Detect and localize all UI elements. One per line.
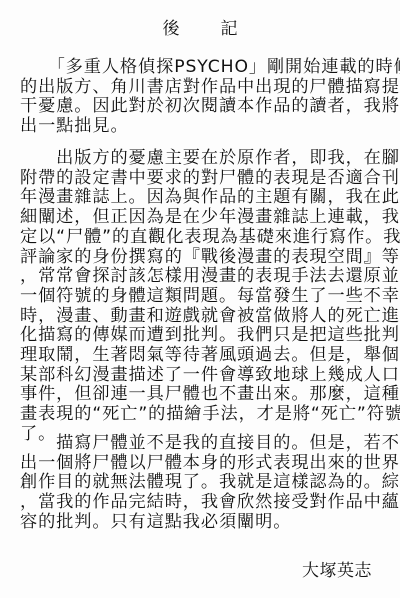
text-line: 出一個將尸體以尸體本身的形式表現出來的世界，我的 — [20, 454, 392, 474]
text-line: 創作目的就無法體現了。我就是這樣認為的。綜上所述 — [20, 473, 392, 493]
text-line: 細闡述，但正因為是在少年漫畫雜誌上連載，我才會決 — [20, 208, 392, 228]
text-line: 時，漫畫、動畫和遊戲就會被當做將人的死亡進行符號 — [20, 307, 392, 327]
text-line: 定以“尸體”的直觀化表現為基礎來進行寫作。我在以 — [20, 228, 392, 248]
text-line: 干憂慮。因此對於初次閱讀本作品的讀者，我將對此提 — [20, 97, 392, 117]
author-signature: 大塚英志 — [302, 556, 372, 581]
text-line: 事件，但卻連一具尸體也不畫出來。那麼，這種有關漫 — [20, 385, 392, 405]
text-line: 某部科幻漫畫描述了一件會導致地球上幾成人口死亡的 — [20, 366, 392, 386]
text-line: 容的批判。只有這點我必須闡明。 — [20, 513, 392, 533]
text-line: 年漫畫雜誌上。因為與作品的主題有關，我在此不做詳 — [20, 188, 392, 208]
text-line: 的出版方、角川書店對作品中出現的尸體描寫提出了若 — [20, 78, 392, 98]
text-line: 畫表現的“死亡”的描繪手法，才是將“死亡”符號化 — [20, 405, 392, 425]
text-line: 一個符號的身體這類問題。每當發生了一些不幸的事件 — [20, 287, 392, 307]
text-line: 出版方的憂慮主要在於原作者，即我，在腳本及其 — [20, 149, 392, 169]
paragraph-1: 「多重人格偵探PSYCHO」剛開始連載的時候，雜誌 的出版方、角川書店對作品中出… — [20, 58, 392, 137]
text-line: 理取鬧，生著悶氣等待著風頭過去。但是，舉個例子， — [20, 346, 392, 366]
paragraph-2: 出版方的憂慮主要在於原作者，即我，在腳本及其 附帶的設定書中要求的對尸體的表現是… — [20, 149, 392, 445]
page-title: 後 記 — [0, 14, 400, 39]
text-line: 化描寫的傳媒而遭到批判。我們只是把這些批判當做無 — [20, 326, 392, 346]
text-line: 評論家的身份撰寫的『戰後漫畫的表現空間』等著作中 — [20, 248, 392, 268]
paragraph-3: 描寫尸體並不是我的直接目的。但是，若不先構造 出一個將尸體以尸體本身的形式表現出… — [20, 434, 392, 533]
text-line: 出一點拙見。 — [20, 117, 392, 137]
text-line: ，常常會探討該怎樣用漫畫的表現手法去還原並非只是 — [20, 267, 392, 287]
text-line: ，當我的作品完結時，我會欣然接受對作品中蘊含的內 — [20, 493, 392, 513]
document-page: 後 記 「多重人格偵探PSYCHO」剛開始連載的時候，雜誌 的出版方、角川書店對… — [0, 0, 400, 598]
text-line: 描寫尸體並不是我的直接目的。但是，若不先構造 — [20, 434, 392, 454]
text-line: 附帶的設定書中要求的對尸體的表現是否適合刊登在少 — [20, 169, 392, 189]
text-line: 「多重人格偵探PSYCHO」剛開始連載的時候，雜誌 — [20, 58, 392, 78]
